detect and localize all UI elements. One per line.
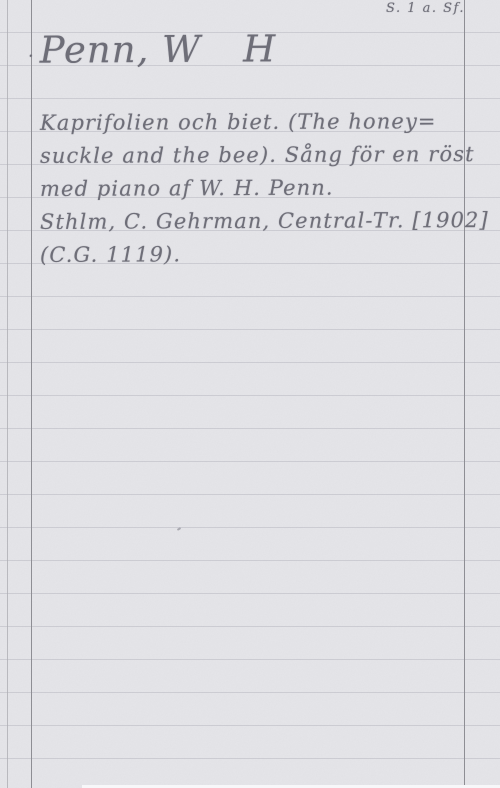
catalog-text-line: suckle and the bee). Sång för en röst <box>40 138 464 173</box>
catalog-card-scan: S. 1 a. Sf. .Penn, WH Kaprifolien och bi… <box>0 0 500 788</box>
catalog-text-line: Kaprifolien och biet. (The honey= <box>40 105 464 140</box>
scan-edge-line <box>7 0 8 788</box>
catalog-text-line: Sthlm, C. Gehrman, Central-Tr. [1902] <box>40 204 464 239</box>
catalog-text-line: med piano af W. H. Penn. <box>40 171 464 206</box>
author-heading: .Penn, WH <box>28 27 277 71</box>
author-surname-initial: Penn, W <box>40 28 202 72</box>
catalog-text-line: (C.G. 1119). <box>40 237 464 272</box>
left-margin-line <box>31 0 32 788</box>
right-margin-line <box>464 0 465 788</box>
heading-leading-dot: . <box>28 41 35 62</box>
shelfmark-annotation: S. 1 a. Sf. <box>386 1 465 16</box>
author-second-initial: H <box>243 27 277 70</box>
